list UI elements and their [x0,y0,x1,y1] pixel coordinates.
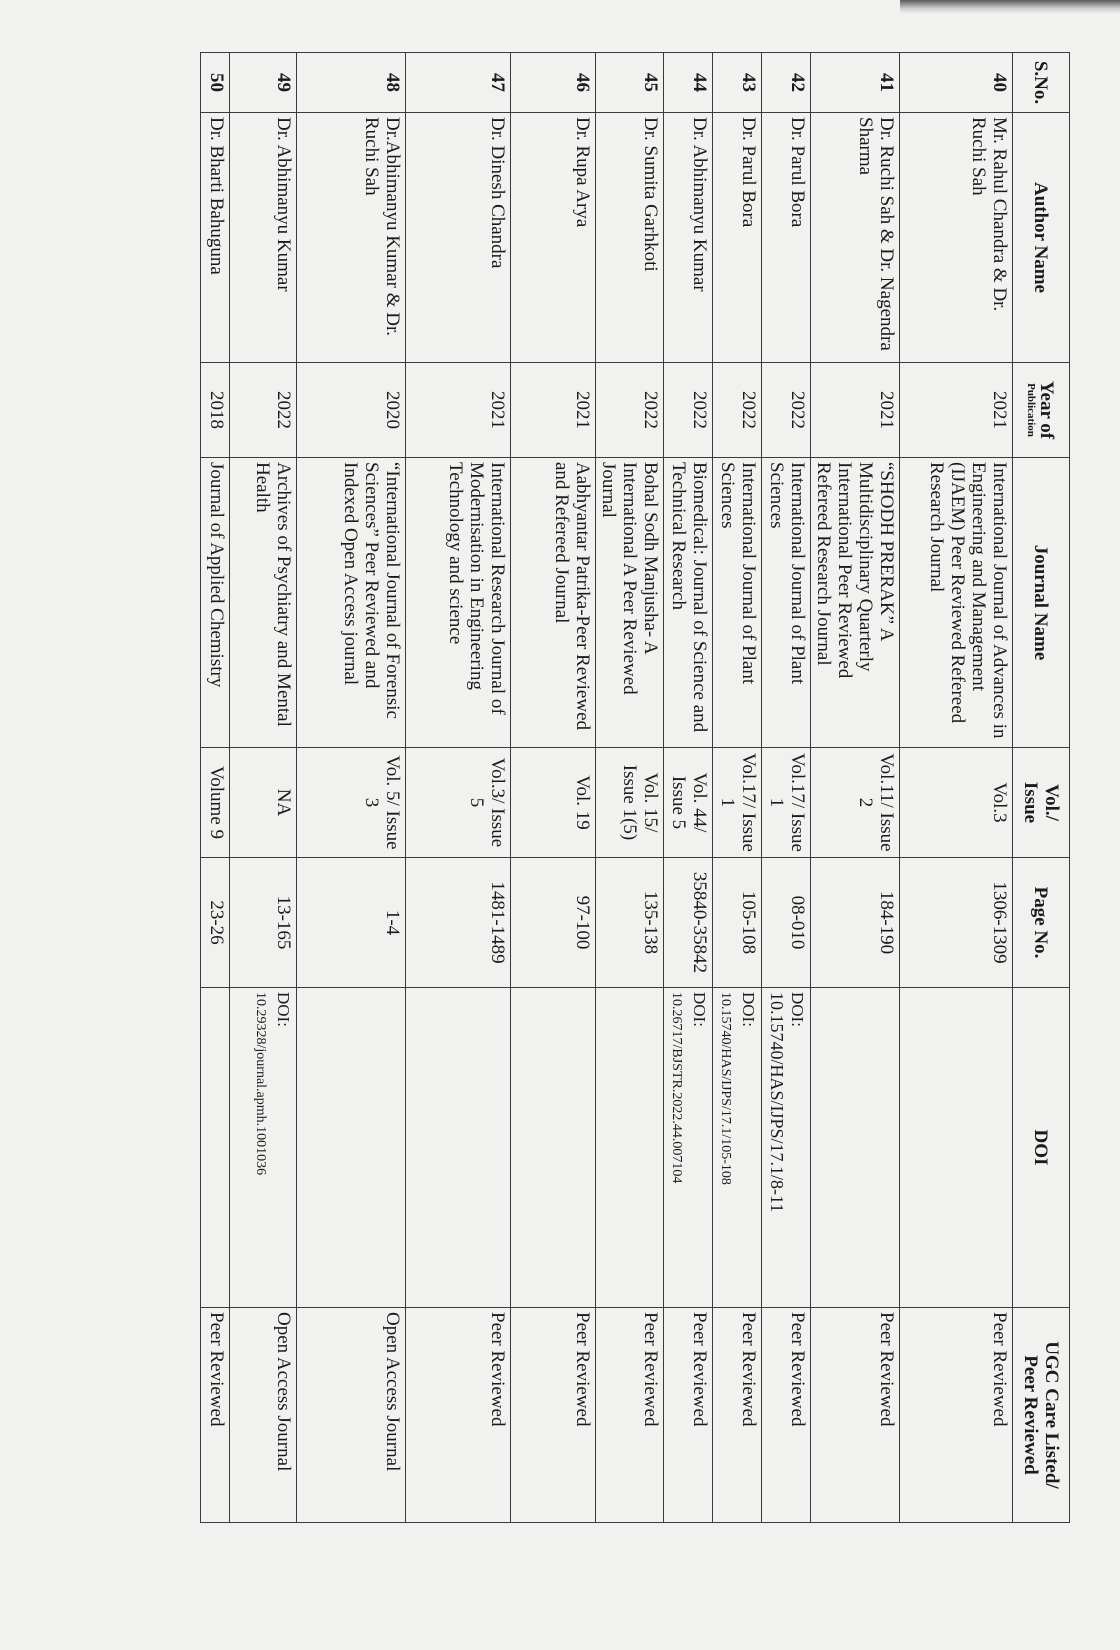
cell-year: 2018 [201,363,230,458]
cell-doi [511,988,596,1308]
cell-vol: Volume 9 [201,748,230,858]
cell-journal: Journal of Applied Chemistry [201,458,230,748]
cell-journal: “SHODH PRERAK” A Multidisciplinary Quart… [811,458,900,748]
cell-author: Dr. Sumita Garhkoti [596,113,664,363]
doi-value: 10.26717/BJSTR.2022.44.007104 [669,992,684,1183]
cell-page: 135-138 [596,858,664,988]
cell-year: 2021 [811,363,900,458]
cell-year: 2022 [762,363,811,458]
cell-sno: 46 [511,53,596,113]
cell-sno: 44 [664,53,713,113]
cell-ugc: Peer Reviewed [596,1308,664,1523]
cell-vol: Vol.17/ Issue 1 [713,748,762,858]
header-author: Author Name [1013,113,1070,363]
header-vol-line2: Issue [1020,782,1041,823]
cell-page: 35840-35842 [664,858,713,988]
cell-author: Dr. Bharti Bahuguna [201,113,230,363]
cell-sno: 40 [900,53,1013,113]
doi-label: DOI: [273,992,294,1303]
header-year-line2: Publication [1025,367,1036,453]
table-row: 47 Dr. Dinesh Chandra 2021 International… [406,53,511,1523]
cell-ugc: Peer Reviewed [664,1308,713,1523]
cell-vol: Vol.11/ Issue 2 [811,748,900,858]
cell-vol: Vol. 5/ Issue 3 [297,748,406,858]
scan-edge-shadow [900,0,1120,14]
cell-journal: Aabhyantar Patrika-Peer Reviewed and Ref… [511,458,596,748]
doi-label: DOI: [787,992,808,1303]
cell-page: 1306-1309 [900,858,1013,988]
cell-journal: “International Journal of Forensic Scien… [297,458,406,748]
rotated-publication-table: S.No. Author Name Year ofPublication Jou… [40,52,1070,1522]
cell-sno: 47 [406,53,511,113]
cell-vol: Vol. 44/ Issue 5 [664,748,713,858]
cell-sno: 48 [297,53,406,113]
cell-ugc: Peer Reviewed [406,1308,511,1523]
cell-page: 184-190 [811,858,900,988]
publication-table: S.No. Author Name Year ofPublication Jou… [200,52,1070,1523]
table-header-row: S.No. Author Name Year ofPublication Jou… [1013,53,1070,1523]
header-vol: Vol./Issue [1013,748,1070,858]
cell-ugc: Peer Reviewed [900,1308,1013,1523]
cell-journal: International Journal of Plant Sciences [762,458,811,748]
doi-value: 10.29328/journal.apmh.1001036 [253,992,268,1175]
header-doi: DOI [1013,988,1070,1308]
cell-year: 2022 [713,363,762,458]
table-row: 45 Dr. Sumita Garhkoti 2022 Bohal Sodh M… [596,53,664,1523]
table-row: 44 Dr. Abhimanyu Kumar 2022 Biomedical: … [664,53,713,1523]
cell-author: Dr. Parul Bora [762,113,811,363]
cell-vol: Vol. 15/ Issue 1(5) [596,748,664,858]
cell-sno: 41 [811,53,900,113]
cell-vol: Vol.3/ Issue 5 [406,748,511,858]
cell-author: Dr. Dinesh Chandra [406,113,511,363]
table-row: 46 Dr. Rupa Arya 2021 Aabhyantar Patrika… [511,53,596,1523]
cell-journal: International Journal of Plant Sciences [713,458,762,748]
header-sno: S.No. [1013,53,1070,113]
cell-year: 2021 [406,363,511,458]
table-row: 50 Dr. Bharti Bahuguna 2018 Journal of A… [201,53,230,1523]
cell-ugc: Peer Reviewed [811,1308,900,1523]
cell-journal: Bohal Sodh Manjusha- A International A P… [596,458,664,748]
cell-doi [297,988,406,1308]
cell-journal: Archives of Psychiatry and Mental Health [230,458,297,748]
doi-label: DOI: [689,992,710,1303]
header-year-line1: Year of [1036,381,1057,439]
cell-doi [596,988,664,1308]
cell-page: 08-010 [762,858,811,988]
header-page: Page No. [1013,858,1070,988]
doi-label: DOI: [738,992,759,1303]
header-ugc: UGC Care Listed/Peer Reviewed [1013,1308,1070,1523]
header-year: Year ofPublication [1013,363,1070,458]
cell-author: Dr.Abhimanyu Kumar & Dr. Ruchi Sah [297,113,406,363]
cell-ugc: Open Access Journal [297,1308,406,1523]
cell-sno: 50 [201,53,230,113]
cell-year: 2022 [664,363,713,458]
cell-doi: DOI:10.26717/BJSTR.2022.44.007104 [664,988,713,1308]
cell-journal: Biomedical: Journal of Science and Techn… [664,458,713,748]
cell-year: 2022 [230,363,297,458]
cell-page: 105-108 [713,858,762,988]
cell-author: Dr. Abhimanyu Kumar [230,113,297,363]
doi-value: 10.15740/HAS/IJPS/17.1/8-11 [767,992,787,1212]
table-row: 40 Mr. Rahul Chandra & Dr. Ruchi Sah 202… [900,53,1013,1523]
table-row: 41 Dr. Ruchi Sah & Dr. Nagendra Sharma 2… [811,53,900,1523]
doi-value: 10.15740/HAS/IJPS/17.1/105-108 [718,992,733,1185]
cell-vol: NA [230,748,297,858]
header-ugc-line2: Peer Reviewed [1020,1355,1041,1474]
cell-sno: 49 [230,53,297,113]
cell-author: Dr. Abhimanyu Kumar [664,113,713,363]
cell-page: 1481-1489 [406,858,511,988]
cell-page: 97-100 [511,858,596,988]
cell-page: 23-26 [201,858,230,988]
cell-page: 1-4 [297,858,406,988]
cell-journal: International Research Journal of Modern… [406,458,511,748]
cell-vol: Vol.3 [900,748,1013,858]
cell-ugc: Peer Reviewed [762,1308,811,1523]
cell-author: Dr. Parul Bora [713,113,762,363]
cell-ugc: Peer Reviewed [511,1308,596,1523]
cell-doi [406,988,511,1308]
cell-doi: DOI:10.29328/journal.apmh.1001036 [230,988,297,1308]
cell-author: Mr. Rahul Chandra & Dr. Ruchi Sah [900,113,1013,363]
cell-vol: Vol.17/ Issue 1 [762,748,811,858]
table-row: 43 Dr. Parul Bora 2022 International Jou… [713,53,762,1523]
cell-sno: 45 [596,53,664,113]
cell-sno: 42 [762,53,811,113]
cell-year: 2021 [900,363,1013,458]
cell-author: Dr. Ruchi Sah & Dr. Nagendra Sharma [811,113,900,363]
cell-year: 2022 [596,363,664,458]
cell-doi: DOI:10.15740/HAS/IJPS/17.1/8-11 [762,988,811,1308]
table-row: 48 Dr.Abhimanyu Kumar & Dr. Ruchi Sah 20… [297,53,406,1523]
header-journal: Journal Name [1013,458,1070,748]
cell-sno: 43 [713,53,762,113]
cell-year: 2020 [297,363,406,458]
cell-ugc: Peer Reviewed [713,1308,762,1523]
cell-doi [201,988,230,1308]
cell-page: 13-165 [230,858,297,988]
table-row: 42 Dr. Parul Bora 2022 International Jou… [762,53,811,1523]
cell-journal: International Journal of Advances in Eng… [900,458,1013,748]
cell-vol: Vol. 19 [511,748,596,858]
cell-ugc: Open Access Journal [230,1308,297,1523]
header-ugc-line1: UGC Care Listed/ [1041,1341,1062,1488]
cell-doi [811,988,900,1308]
cell-ugc: Peer Reviewed [201,1308,230,1523]
table-row: 49 Dr. Abhimanyu Kumar 2022 Archives of … [230,53,297,1523]
cell-year: 2021 [511,363,596,458]
cell-author: Dr. Rupa Arya [511,113,596,363]
cell-doi [900,988,1013,1308]
cell-doi: DOI:10.15740/HAS/IJPS/17.1/105-108 [713,988,762,1308]
header-vol-line1: Vol./ [1041,784,1062,821]
